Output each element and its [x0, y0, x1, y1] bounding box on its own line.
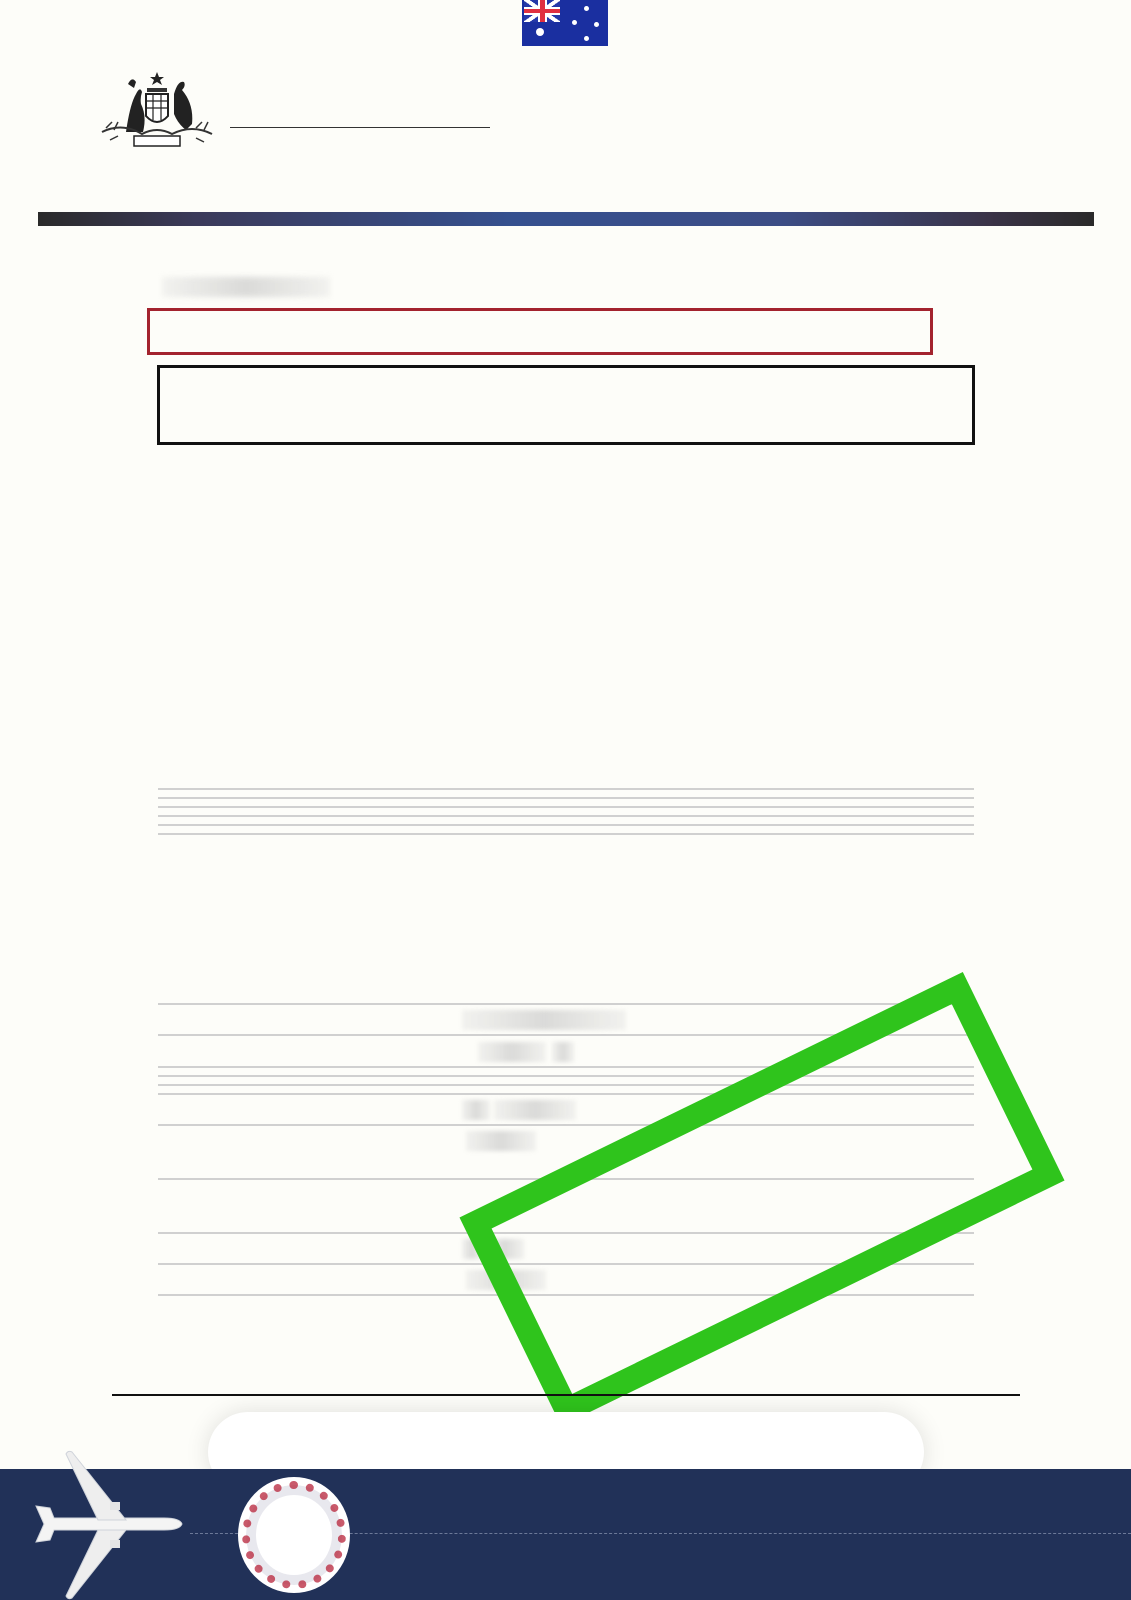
redacted-given-name: [162, 277, 330, 297]
table-row: [158, 797, 974, 806]
global-migrate-logo: [238, 1477, 350, 1593]
redacted-value: [494, 1100, 576, 1120]
table-row: [158, 815, 974, 824]
footer-divider: [112, 1394, 1020, 1396]
application-status-box: [157, 365, 975, 445]
redacted-given-name: [462, 1010, 626, 1030]
grant-notice: [147, 308, 933, 355]
table-row: [158, 806, 974, 815]
australia-flag-icon: [522, 0, 608, 46]
airplane-icon: [26, 1440, 186, 1600]
redacted-value: [466, 1131, 536, 1151]
redacted-value: [552, 1042, 574, 1062]
coat-of-arms-icon: [96, 70, 218, 160]
header-bar: [38, 212, 1094, 226]
table-row: [158, 788, 974, 797]
visa-duration-table: [158, 788, 974, 835]
redacted-value: [478, 1042, 546, 1062]
salutation: [158, 276, 334, 297]
header-divider: [230, 127, 490, 128]
table-row: [158, 824, 974, 835]
redacted-value: [462, 1100, 490, 1120]
